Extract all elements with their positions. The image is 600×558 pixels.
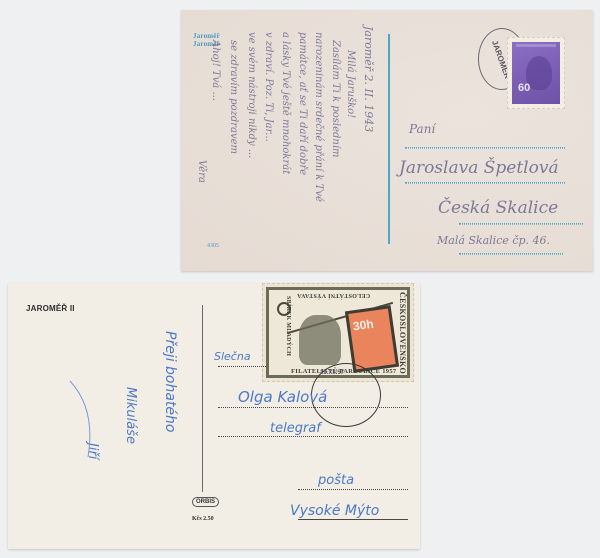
address-street: Malá Skalice čp. 46. <box>437 234 550 247</box>
stamp-denomination: 60 <box>518 82 530 94</box>
address-line <box>459 253 563 255</box>
card-price: Kčs 2.50 <box>192 516 214 522</box>
address-salutation: Slečna <box>214 350 251 363</box>
message-line: a lásky Tvé ještě mnohokrát <box>280 32 291 174</box>
address-line <box>459 223 583 225</box>
message-line: Jaroměř 2. II. 1943 <box>362 26 375 132</box>
postmark-date: 15.XII.57 <box>320 370 344 376</box>
address-line <box>218 366 266 367</box>
address-line <box>298 519 408 520</box>
publisher-logo: ORBIS <box>192 497 219 507</box>
address-name: Jaroslava Špetlová <box>399 158 559 178</box>
card-divider-line <box>388 34 390 244</box>
stamp-side-text: SBÍREK MLADÝCH <box>285 296 291 356</box>
message-line: ve svém nástroji nikdy ... <box>246 32 257 158</box>
address-line2: telegraf <box>270 421 321 436</box>
message-line: Ahoj! Tvá ... <box>210 40 221 101</box>
stamp-top-text: CELOSTÁTNÍ VÝSTAVA <box>297 292 370 298</box>
message-signature: Věra <box>196 160 207 183</box>
place-label: JAROMĚŘ II <box>26 304 75 313</box>
address-salutation: Paní <box>409 122 435 136</box>
publisher-line-1: Jaroměř <box>193 32 220 40</box>
message-line: Milá Jaruško! <box>345 50 356 118</box>
address-city: Vysoké Mýto <box>290 503 379 519</box>
message-line: památce, ať se Ti daří dobře <box>297 32 308 175</box>
message-line: v zdraví. Poz. Ti, Jar... <box>263 32 274 142</box>
postcard-top: Jaroměř Jaroměř 4305 Jaroměř 2. II. 1943… <box>181 10 593 271</box>
address-line <box>218 436 408 437</box>
address-line <box>405 147 565 149</box>
address-line3: pošta <box>318 473 354 488</box>
address-line <box>218 407 408 408</box>
postage-stamp: 60 <box>507 37 565 109</box>
message-line: se zdravím pozdravem <box>228 40 239 154</box>
address-line <box>298 489 408 490</box>
message-line: narozeninám srdečné přání k Tvé <box>313 32 324 202</box>
greeting-line: Přeji bohatého <box>162 331 178 433</box>
card-number: 4305 <box>207 243 219 249</box>
figure-icon <box>299 315 341 365</box>
address-line <box>405 182 565 184</box>
signature-flourish-icon <box>68 379 98 459</box>
stamp-country: ČESKOSLOVENSKO <box>398 292 407 374</box>
message-line: Zasílám Ti k posledním <box>330 40 341 158</box>
greeting-line: Mikuláše <box>123 387 138 444</box>
card-divider-line <box>202 305 203 492</box>
address-city: Česká Skalice <box>438 198 558 218</box>
stamp-denomination: 30h <box>352 317 374 334</box>
postcard-bottom: JAROMĚŘ II Přeji bohatého Mikuláše Jiří … <box>8 283 420 549</box>
address-name: Olga Kalová <box>238 388 327 406</box>
